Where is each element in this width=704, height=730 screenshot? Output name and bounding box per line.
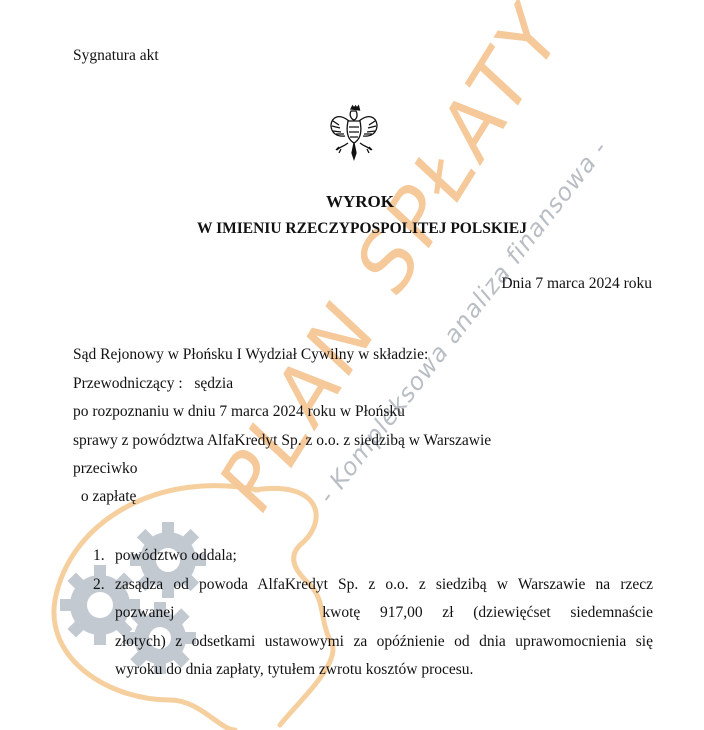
hearing-line: po rozpoznaniu w dniu 7 marca 2024 roku … bbox=[73, 403, 405, 421]
court-line: Sąd Rejonowy w Płońsku I Wydział Cywilny… bbox=[73, 346, 428, 364]
ruling-text-line-3: złotych) z odsetkami ustawowymi za opóźn… bbox=[115, 628, 653, 657]
ruling-item-2: 2. zasądza od powoda AlfaKredyt Sp. z o.… bbox=[93, 571, 653, 685]
judgment-date: Dnia 7 marca 2024 roku bbox=[501, 275, 652, 293]
presiding-judge-line: Przewodniczący : sędzia bbox=[73, 375, 233, 393]
case-signature-label: Sygnatura akt bbox=[73, 47, 159, 65]
ruling-item-1: 1. powództwo oddala; bbox=[93, 542, 653, 571]
against-line: przeciwko bbox=[73, 460, 138, 478]
ruling-number: 2. bbox=[93, 571, 105, 600]
document-subtitle: W IMIENIU RZECZYPOSPOLITEJ POLSKIEJ bbox=[10, 220, 704, 238]
ruling-line: zasądza od powoda AlfaKredyt Sp. z o.o. … bbox=[115, 571, 653, 600]
document-title: WYROK bbox=[8, 192, 704, 212]
ruling-number: 1. bbox=[93, 542, 105, 571]
defendant-label: pozwanej bbox=[115, 599, 174, 628]
ruling-line: pozwanej kwotę 917,00 zł (dziewięćset si… bbox=[115, 599, 653, 628]
ruling-amount-text: kwotę 917,00 zł (dziewięćset siedemnaści… bbox=[322, 599, 653, 628]
ruling-text: powództwo oddala; bbox=[115, 547, 237, 564]
ruling-line: wyroku do dnia zapłaty, tytułem zwrotu k… bbox=[115, 656, 653, 685]
ruling-text-line-1: zasądza od powoda AlfaKredyt Sp. z o.o. … bbox=[115, 571, 653, 600]
polish-eagle-emblem-icon bbox=[329, 103, 379, 163]
document-page: PLAN SPŁATY - Kompleksowa analiza finans… bbox=[0, 0, 704, 730]
ruling-line: złotych) z odsetkami ustawowymi za opóźn… bbox=[115, 628, 653, 657]
ruling-text-line-4: wyroku do dnia zapłaty, tytułem zwrotu k… bbox=[115, 661, 473, 678]
case-parties-line: sprawy z powództwa AlfaKredyt Sp. z o.o.… bbox=[73, 432, 491, 450]
rulings-list: 1. powództwo oddala; 2. zasądza od powod… bbox=[93, 542, 653, 685]
case-subject-line: o zapłatę bbox=[77, 488, 136, 506]
watermark-tagline: - Kompleksowa analiza finansowa - bbox=[313, 135, 614, 509]
